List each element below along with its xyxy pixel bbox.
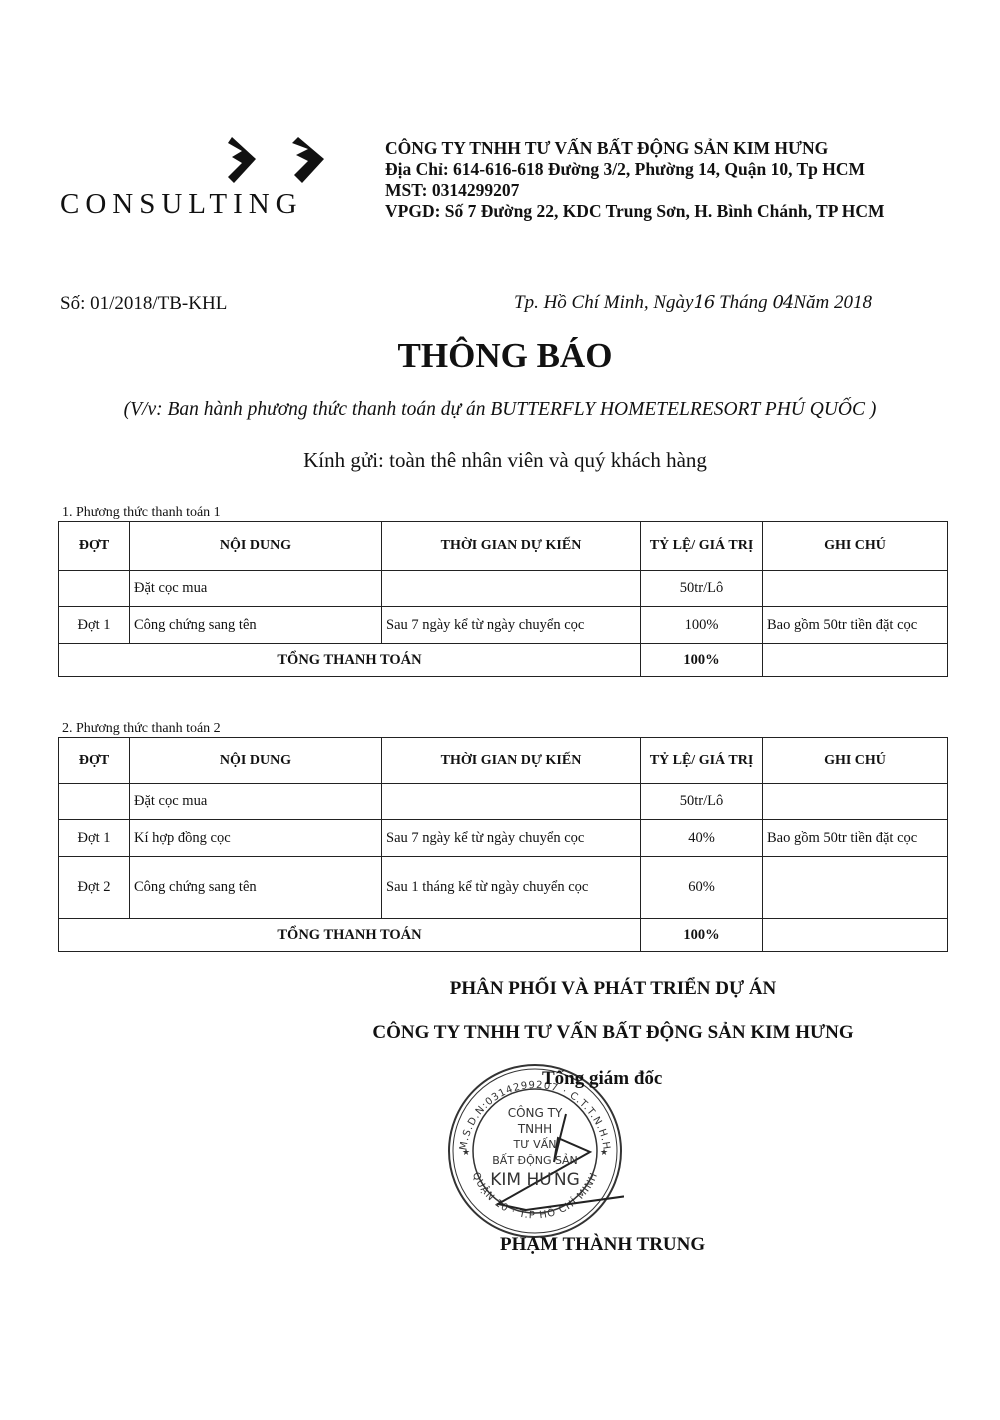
- header-noi-dung: NỘI DUNG: [130, 738, 382, 784]
- cell-empty: [763, 644, 948, 677]
- table-total-row: TỔNG THANH TOÁN 100%: [59, 919, 948, 952]
- cell-dot: Đợt 2: [59, 857, 130, 919]
- cell-noi-dung: Đặt cọc mua: [130, 784, 382, 820]
- year-label: Năm 2018: [793, 292, 872, 313]
- cell-thoi-gian: Sau 7 ngày kể từ ngày chuyển cọc: [382, 820, 641, 857]
- cell-thoi-gian: Sau 7 ngày kể từ ngày chuyển cọc: [382, 607, 641, 644]
- table-header-row: ĐỢT NỘI DUNG THỜI GIAN DỰ KIẾN TỶ LỆ/ GI…: [59, 522, 948, 571]
- cell-dot: [59, 571, 130, 607]
- total-value: 100%: [641, 644, 763, 677]
- cell-ghi-chu: [763, 571, 948, 607]
- header-dot: ĐỢT: [59, 522, 130, 571]
- cell-thoi-gian: [382, 784, 641, 820]
- total-value: 100%: [641, 919, 763, 952]
- stamp-line-5: KIM HƯNG: [446, 1170, 624, 1190]
- table-row: Đặt cọc mua 50tr/Lô: [59, 784, 948, 820]
- cell-thoi-gian: [382, 571, 641, 607]
- plan2-label: 2. Phương thức thanh toán 2: [62, 721, 221, 737]
- handwritten-month: 04: [772, 292, 793, 313]
- header-dot: ĐỢT: [59, 738, 130, 784]
- table-row: Đợt 1 Kí hợp đồng cọc Sau 7 ngày kể từ n…: [59, 820, 948, 857]
- handwritten-day: 16: [693, 292, 714, 313]
- month-label: Tháng: [714, 292, 772, 313]
- stamp-line-3: TƯ VẤN: [446, 1138, 624, 1151]
- signature-line-2: CÔNG TY TNHH TƯ VẤN BẤT ĐỘNG SẢN KIM HƯN…: [0, 1022, 1000, 1044]
- cell-ty-le: 40%: [641, 820, 763, 857]
- greeting: Kính gửi: toàn thê nhân viên và quý khác…: [0, 448, 1000, 473]
- header-noi-dung: NỘI DUNG: [130, 522, 382, 571]
- header-thoi-gian: THỜI GIAN DỰ KIẾN: [382, 522, 641, 571]
- plan1-table: ĐỢT NỘI DUNG THỜI GIAN DỰ KIẾN TỶ LỆ/ GI…: [58, 521, 948, 677]
- cell-empty: [763, 919, 948, 952]
- signature-line-1: PHÂN PHỐI VÀ PHÁT TRIỂN DỰ ÁN: [0, 978, 1000, 1000]
- header-thoi-gian: THỜI GIAN DỰ KIẾN: [382, 738, 641, 784]
- company-office: VPGD: Số 7 Đường 22, KDC Trung Sơn, H. B…: [385, 201, 885, 222]
- header-ty-le: TỶ LỆ/ GIÁ TRỊ: [641, 738, 763, 784]
- cell-ty-le: 50tr/Lô: [641, 571, 763, 607]
- stamp-line-1: CÔNG TY: [446, 1106, 624, 1120]
- document-title: THÔNG BÁO: [0, 336, 1000, 376]
- signer-role: Tổng giám đốc: [542, 1068, 662, 1090]
- cell-ghi-chu: [763, 784, 948, 820]
- cell-ghi-chu: Bao gồm 50tr tiền đặt cọc: [763, 820, 948, 857]
- table-row: Đặt cọc mua 50tr/Lô: [59, 571, 948, 607]
- company-tax-code: MST: 0314299207: [385, 180, 885, 201]
- document-number: Số: 01/2018/TB-KHL: [60, 293, 227, 315]
- cell-noi-dung: Kí hợp đồng cọc: [130, 820, 382, 857]
- cell-ty-le: 60%: [641, 857, 763, 919]
- table-row: Đợt 2 Công chứng sang tên Sau 1 tháng kể…: [59, 857, 948, 919]
- double-chevron-icon: [228, 137, 328, 185]
- cell-thoi-gian: Sau 1 tháng kể từ ngày chuyển cọc: [382, 857, 641, 919]
- total-label: TỔNG THANH TOÁN: [59, 644, 641, 677]
- plan2-table: ĐỢT NỘI DUNG THỜI GIAN DỰ KIẾN TỶ LỆ/ GI…: [58, 737, 948, 952]
- company-address: Địa Chỉ: 614-616-618 Đường 3/2, Phường 1…: [385, 159, 885, 180]
- stamp-line-4: BẤT ĐỘNG SẢN: [446, 1154, 624, 1167]
- header-ghi-chu: GHI CHÚ: [763, 522, 948, 571]
- table-header-row: ĐỢT NỘI DUNG THỜI GIAN DỰ KIẾN TỶ LỆ/ GI…: [59, 738, 948, 784]
- cell-dot: Đợt 1: [59, 607, 130, 644]
- cell-noi-dung: Công chứng sang tên: [130, 607, 382, 644]
- logo-text: CONSULTING: [60, 188, 303, 221]
- company-header: CÔNG TY TNHH TƯ VẤN BẤT ĐỘNG SẢN KIM HƯN…: [385, 138, 885, 222]
- cell-dot: [59, 784, 130, 820]
- header-ty-le: TỶ LỆ/ GIÁ TRỊ: [641, 522, 763, 571]
- cell-ty-le: 100%: [641, 607, 763, 644]
- cell-noi-dung: Công chứng sang tên: [130, 857, 382, 919]
- table-total-row: TỔNG THANH TOÁN 100%: [59, 644, 948, 677]
- cell-ghi-chu: [763, 857, 948, 919]
- cell-dot: Đợt 1: [59, 820, 130, 857]
- company-name: CÔNG TY TNHH TƯ VẤN BẤT ĐỘNG SẢN KIM HƯN…: [385, 138, 885, 159]
- table-row: Đợt 1 Công chứng sang tên Sau 7 ngày kể …: [59, 607, 948, 644]
- cell-ghi-chu: Bao gồm 50tr tiền đặt cọc: [763, 607, 948, 644]
- date-prefix: Tp. Hồ Chí Minh, Ngày: [514, 292, 693, 313]
- cell-noi-dung: Đặt cọc mua: [130, 571, 382, 607]
- document-date: Tp. Hồ Chí Minh, Ngày16 Tháng 04Năm 2018: [514, 292, 872, 314]
- plan1-label: 1. Phương thức thanh toán 1: [62, 505, 221, 521]
- header-ghi-chu: GHI CHÚ: [763, 738, 948, 784]
- document-subject: (V/v: Ban hành phương thức thanh toán dự…: [0, 399, 1000, 421]
- total-label: TỔNG THANH TOÁN: [59, 919, 641, 952]
- stamp-line-2: TNHH: [446, 1122, 624, 1136]
- signer-name: PHẠM THÀNH TRUNG: [500, 1234, 705, 1256]
- cell-ty-le: 50tr/Lô: [641, 784, 763, 820]
